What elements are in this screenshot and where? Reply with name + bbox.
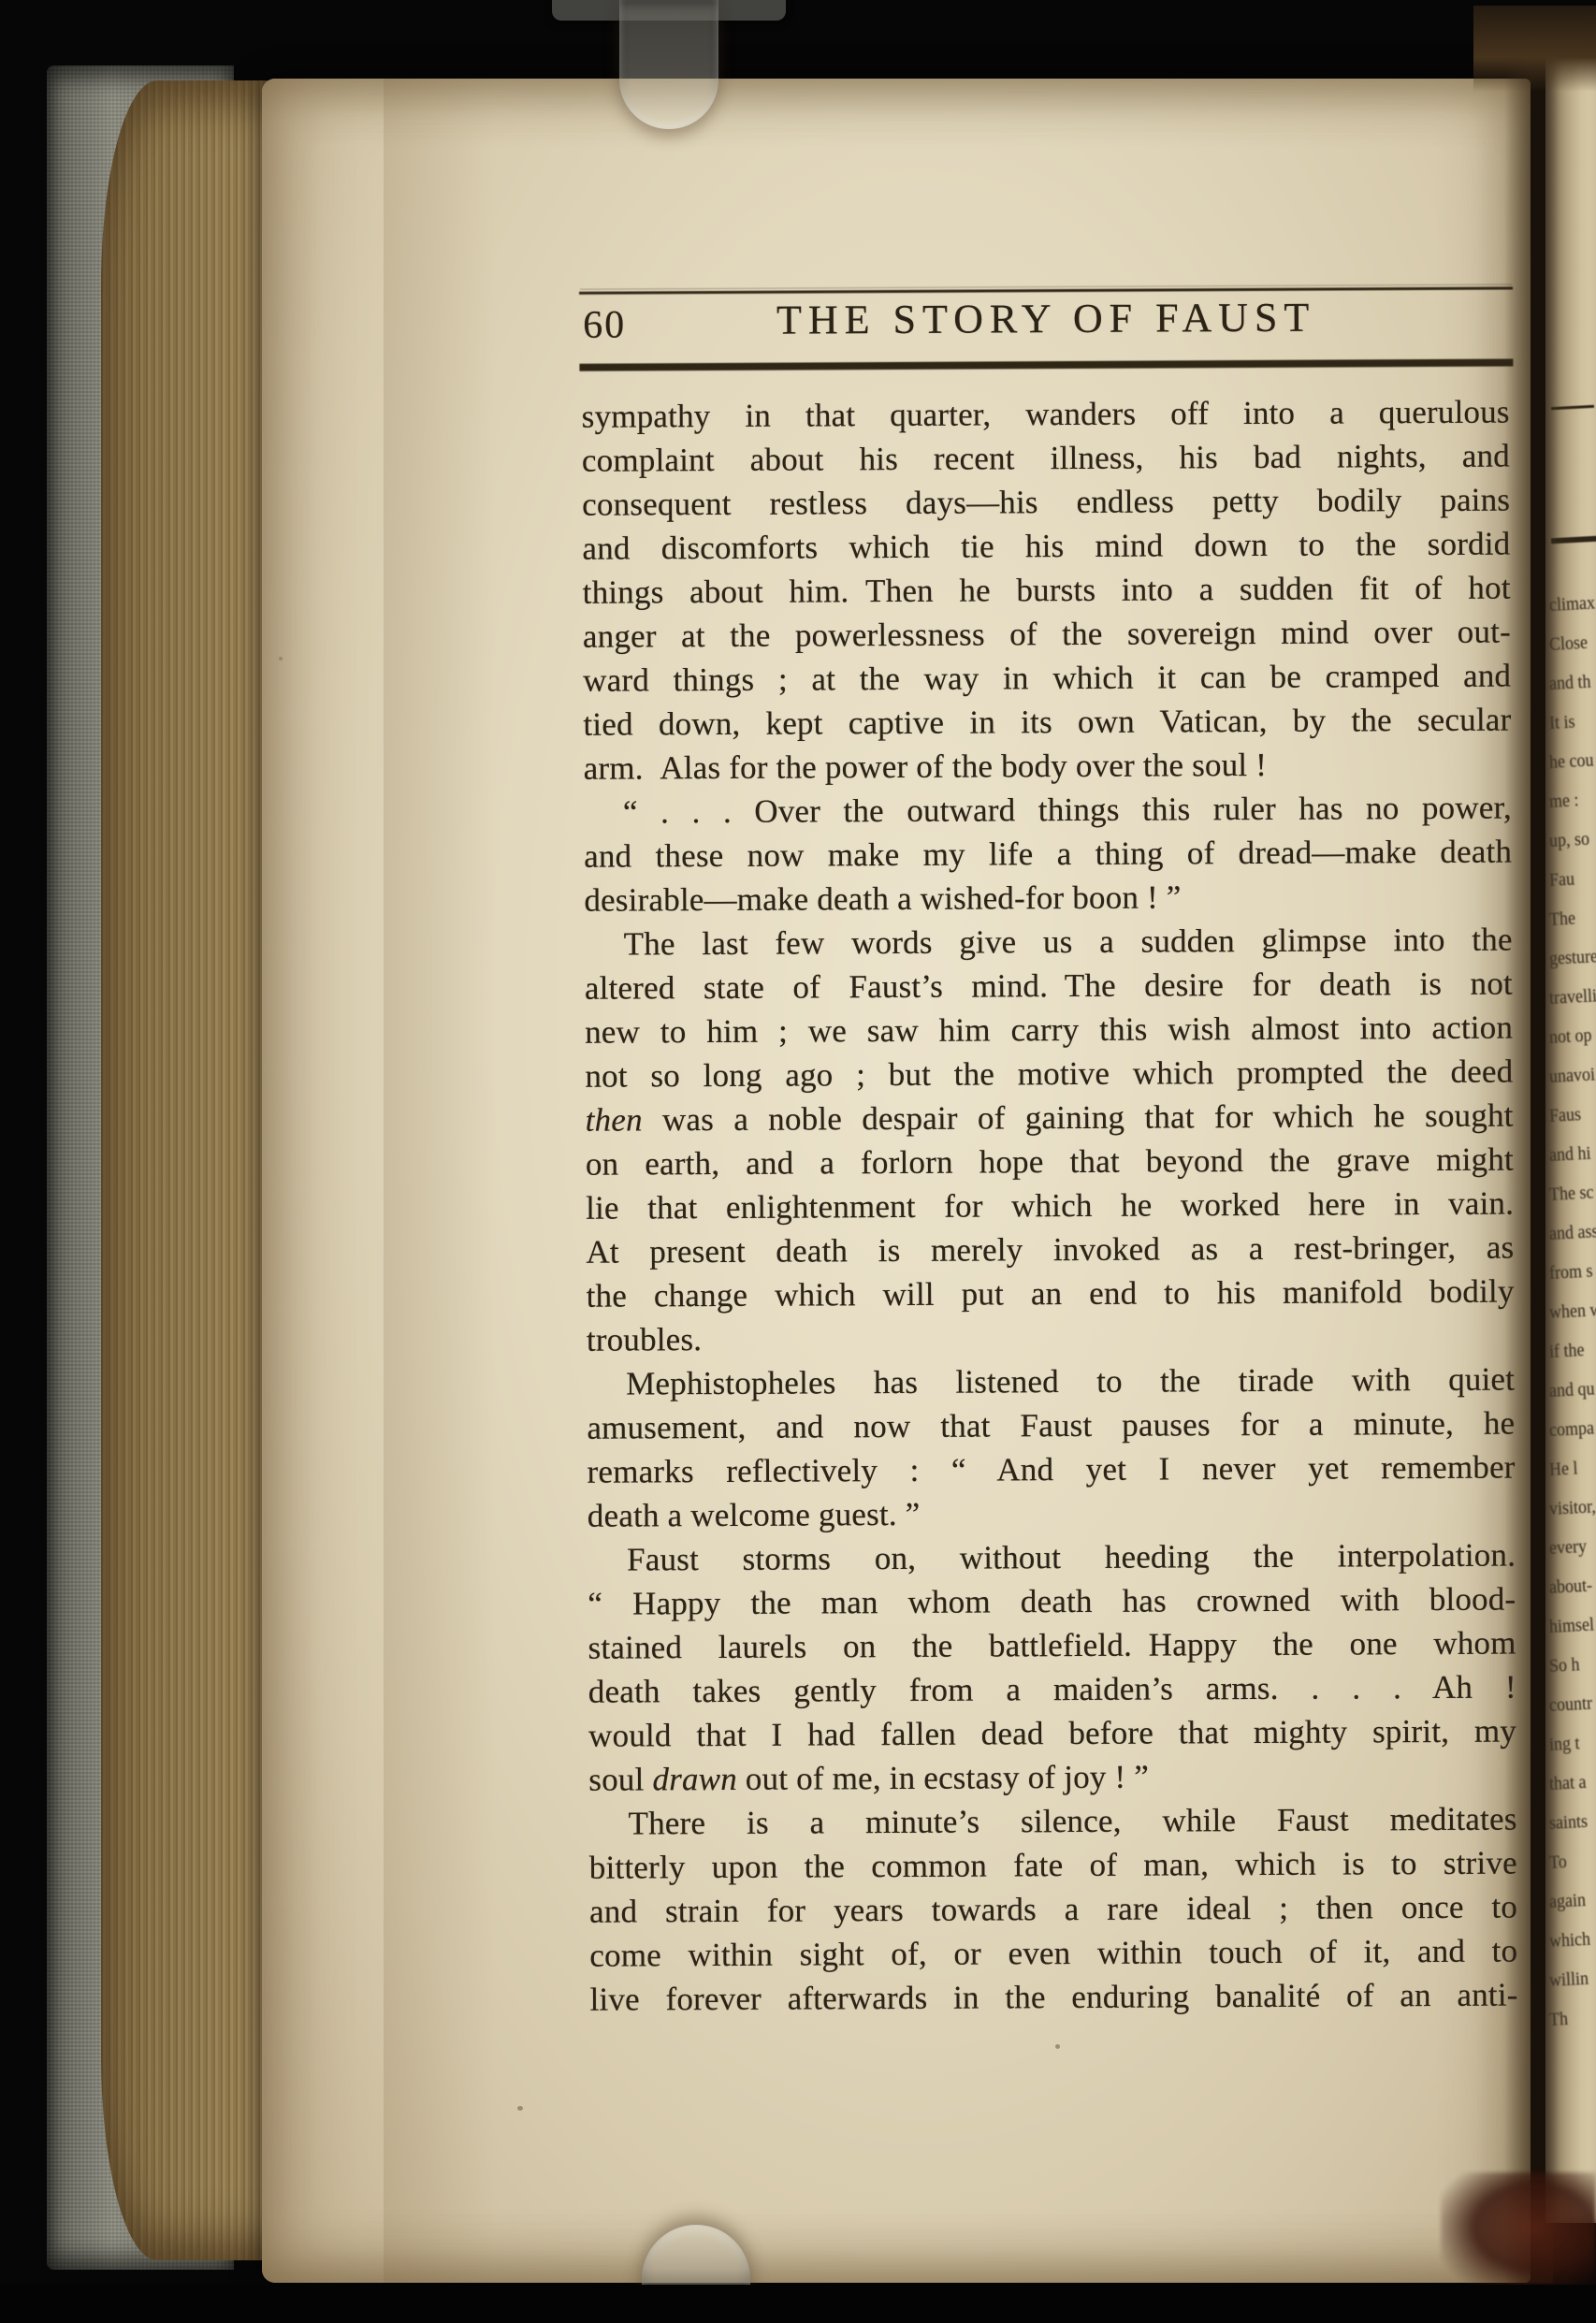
text-line: then was a noble despair of gaining that… [586, 1094, 1514, 1142]
printed-area: 60 THE STORY OF FAUST sympathy in that q… [256, 75, 1536, 2286]
text-line: desirable—make death a wished-for boon !… [584, 874, 1512, 922]
facing-fragment: which [1548, 1919, 1596, 1960]
facing-fragment: up, so [1548, 819, 1596, 860]
facing-fragment: from s [1548, 1251, 1596, 1292]
facing-fragment: It is [1548, 701, 1596, 742]
text-line: death takes gently from a maiden’s arms.… [588, 1665, 1516, 1714]
book-page: 60 THE STORY OF FAUST sympathy in that q… [262, 79, 1531, 2283]
text-line: stained laurels on the battlefield. Happ… [588, 1621, 1516, 1670]
text-line: amusement, and now that Faust pauses for… [587, 1401, 1515, 1450]
facing-fragment: He l [1548, 1447, 1596, 1488]
facing-fragment: travelli [1548, 976, 1596, 1017]
text-line: The last few words give us a sudden glim… [585, 918, 1513, 966]
text-line: bitterly upon the common fate of man, wh… [589, 1841, 1517, 1890]
paper-speck [1055, 2044, 1060, 2049]
facing-fragment: and qu [1548, 1369, 1596, 1410]
paper-speck [279, 657, 283, 661]
facing-fragment: gesture [1548, 936, 1596, 978]
facing-fragment: he cou [1548, 740, 1596, 781]
facing-fragment: Fau [1548, 858, 1596, 899]
text-line: “ Happy the man whom death has crowned w… [588, 1577, 1516, 1626]
facing-page-fragments: climaxCloseand thIt ishe coume :up, soFa… [1549, 586, 1596, 2040]
text-line: troubles. [587, 1314, 1515, 1362]
facing-fragment: ing t [1548, 1722, 1596, 1764]
facing-fragment: and th [1548, 661, 1596, 703]
text-line: the change which will put an end to his … [587, 1270, 1515, 1318]
text-line: consequent restless days—his endless pet… [582, 478, 1510, 527]
facing-fragment: To [1548, 1840, 1596, 1881]
text-line: lie that enlightenment for which he work… [586, 1182, 1514, 1230]
facing-header-rule-thick [1551, 536, 1596, 544]
text-line: death a welcome guest. ” [588, 1489, 1516, 1538]
text-line: anger at the powerlessness of the sovere… [583, 610, 1511, 659]
text-line: altered state of Faust’s mind. The desir… [585, 962, 1513, 1010]
facing-fragment: compa [1548, 1408, 1596, 1449]
facing-fragment: unavoi [1548, 1054, 1596, 1096]
page-holder-top [619, 0, 718, 129]
text-line: sympathy in that quarter, wanders off in… [582, 390, 1510, 439]
facing-fragment: every [1548, 1526, 1596, 1567]
facing-fragment: if the [1548, 1329, 1596, 1371]
text-line: and these now make my life a thing of dr… [584, 830, 1512, 878]
text-line: come within sight of, or even within tou… [589, 1929, 1517, 1978]
text-line: and strain for years towards a rare idea… [589, 1885, 1517, 1934]
text-line: and discomforts which tie his mind down … [582, 522, 1510, 571]
text-line: arm. Alas for the power of the body over… [584, 742, 1512, 791]
text-line: remarks reflectively : “ And yet I never… [588, 1445, 1516, 1494]
facing-fragment: Close [1548, 622, 1596, 663]
facing-fragment: saints [1548, 1801, 1596, 1842]
facing-fragment: when w [1548, 1290, 1596, 1331]
facing-page-edge: climaxCloseand thIt ishe coume :up, soFa… [1545, 24, 1596, 2223]
facing-fragment: The [1548, 897, 1596, 938]
bottom-black-bar [0, 2285, 1596, 2323]
text-line: “ . . . Over the outward things this rul… [584, 786, 1512, 835]
text-line: things about him. Then he bursts into a … [583, 566, 1511, 615]
text-line: not so long ago ; but the motive which p… [585, 1050, 1513, 1098]
facing-header-rule-thin [1551, 405, 1594, 410]
facing-fragment: climax [1548, 583, 1596, 624]
book-photo: 60 THE STORY OF FAUST sympathy in that q… [0, 0, 1596, 2323]
facing-fragment: and hi [1548, 1133, 1596, 1174]
text-line: live forever afterwards in the enduring … [589, 1973, 1517, 2022]
text-line: on earth, and a forlorn hope that beyond… [586, 1138, 1514, 1186]
facing-fragment: me : [1548, 779, 1596, 820]
text-line: There is a minute’s silence, while Faust… [588, 1797, 1516, 1846]
facing-fragment: The sc [1548, 1172, 1596, 1213]
text-line: Faust storms on, without heeding the int… [588, 1533, 1516, 1582]
text-line: ward things ; at the way in which it can… [583, 654, 1511, 703]
text-line: At present death is merely invoked as a … [586, 1226, 1514, 1274]
facing-fragment: Th [1548, 1997, 1596, 2039]
facing-fragment: Faus [1548, 1094, 1596, 1135]
facing-fragment: again [1548, 1880, 1596, 1921]
facing-fragment: willin [1548, 1958, 1596, 1999]
text-line: soul drawn out of me, in ecstasy of joy … [588, 1753, 1516, 1802]
running-title: THE STORY OF FAUST [579, 293, 1513, 345]
book-top-edge [1473, 6, 1596, 92]
book-tail-band [1441, 2172, 1596, 2294]
facing-fragment: about- [1548, 1565, 1596, 1606]
text-block: sympathy in that quarter, wanders off in… [582, 390, 1518, 2022]
paper-speck [517, 2106, 523, 2111]
facing-fragment: countr [1548, 1683, 1596, 1724]
text-line: complaint about his recent illness, his … [582, 434, 1510, 483]
facing-fragment: not op [1548, 1015, 1596, 1056]
facing-fragment: visitor, [1548, 1487, 1596, 1528]
text-line: tied down, kept captive in its own Vatic… [583, 698, 1511, 747]
facing-fragment: So h [1548, 1644, 1596, 1685]
text-line: Mephistopheles has listened to the tirad… [587, 1358, 1515, 1406]
header-rule-thick [579, 359, 1513, 371]
facing-fragment: and ass [1548, 1212, 1596, 1253]
facing-fragment: himsel [1548, 1604, 1596, 1646]
text-line: would that I had fallen dead before that… [588, 1709, 1516, 1758]
text-line: new to him ; we saw him carry this wish … [585, 1006, 1513, 1054]
facing-fragment: that a [1548, 1762, 1596, 1803]
